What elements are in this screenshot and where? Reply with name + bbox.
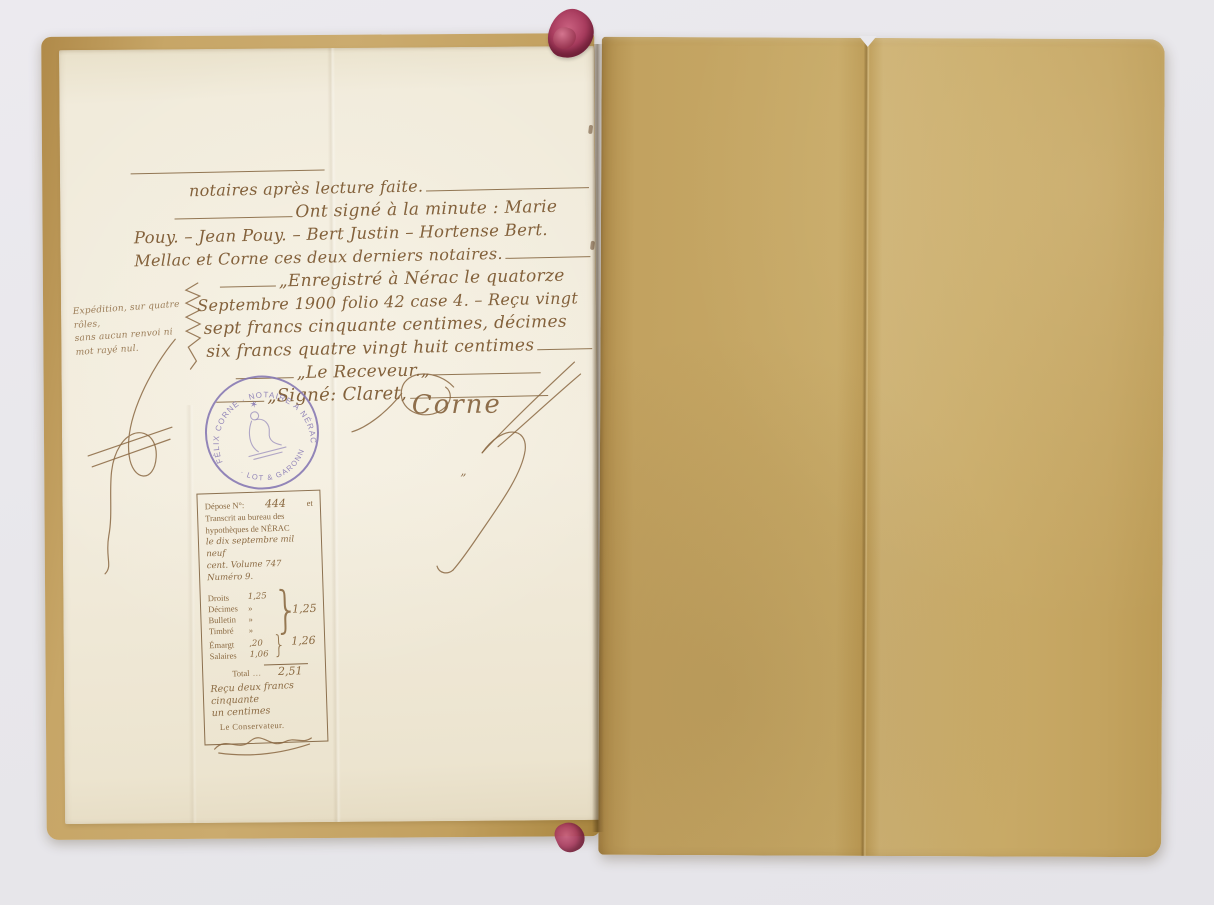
fee-subtotal: 1,26 [291, 635, 316, 648]
cover-fold-crease [861, 38, 871, 856]
fee-value: 1,06 [249, 649, 271, 661]
fee-table: Droits 1,25 Décimes » Bulletin » Timbré … [208, 590, 318, 663]
total-row: Total … 2,51 [210, 663, 318, 681]
document-page: notaires après lecture faite. Ont signé … [59, 46, 600, 824]
fee-subtotal: 1,25 [292, 603, 317, 616]
registry-line: cent. Volume 747 Numéro 9. [207, 557, 316, 584]
fee-label: Salaires [209, 650, 249, 662]
corne-signature-text: Corne [412, 390, 502, 421]
fee-value: » [249, 624, 271, 636]
fee-value: ,20 [249, 638, 271, 650]
fee-label: Timbré [209, 625, 249, 637]
cover-fold-notch [858, 36, 876, 47]
stamp-emblem-icon [238, 406, 287, 460]
total-label: Total [232, 667, 250, 680]
fee-value: » [248, 602, 270, 614]
stamp-star-icon: ✶ [249, 399, 260, 412]
registry-line: le dix septembre mil neuf [206, 533, 315, 560]
conservator-signature [212, 731, 315, 756]
total-dots: … [252, 668, 261, 680]
fee-row: Salaires 1,06 [209, 648, 317, 662]
kraft-cover-front [598, 37, 1165, 857]
brace-glyph: } [273, 632, 287, 657]
depose-suffix: et [306, 497, 313, 509]
ditto-marks: „ [460, 464, 468, 478]
total-value: 2,51 [264, 663, 309, 678]
depose-number: 444 [265, 498, 286, 511]
receipt-note: Reçu deux francs cinquante un centimes [210, 679, 320, 720]
corne-signature: Corne „ [349, 358, 588, 578]
paraph-flourish-icon [81, 333, 195, 576]
fee-value: 1,25 [248, 591, 270, 603]
binding-stitch [588, 125, 593, 134]
photo-background: notaires après lecture faite. Ont signé … [0, 0, 1214, 905]
fee-value: » [248, 613, 270, 625]
registry-stamp-box: Dépose N°: 444 et Transcrit au bureau de… [196, 490, 328, 746]
